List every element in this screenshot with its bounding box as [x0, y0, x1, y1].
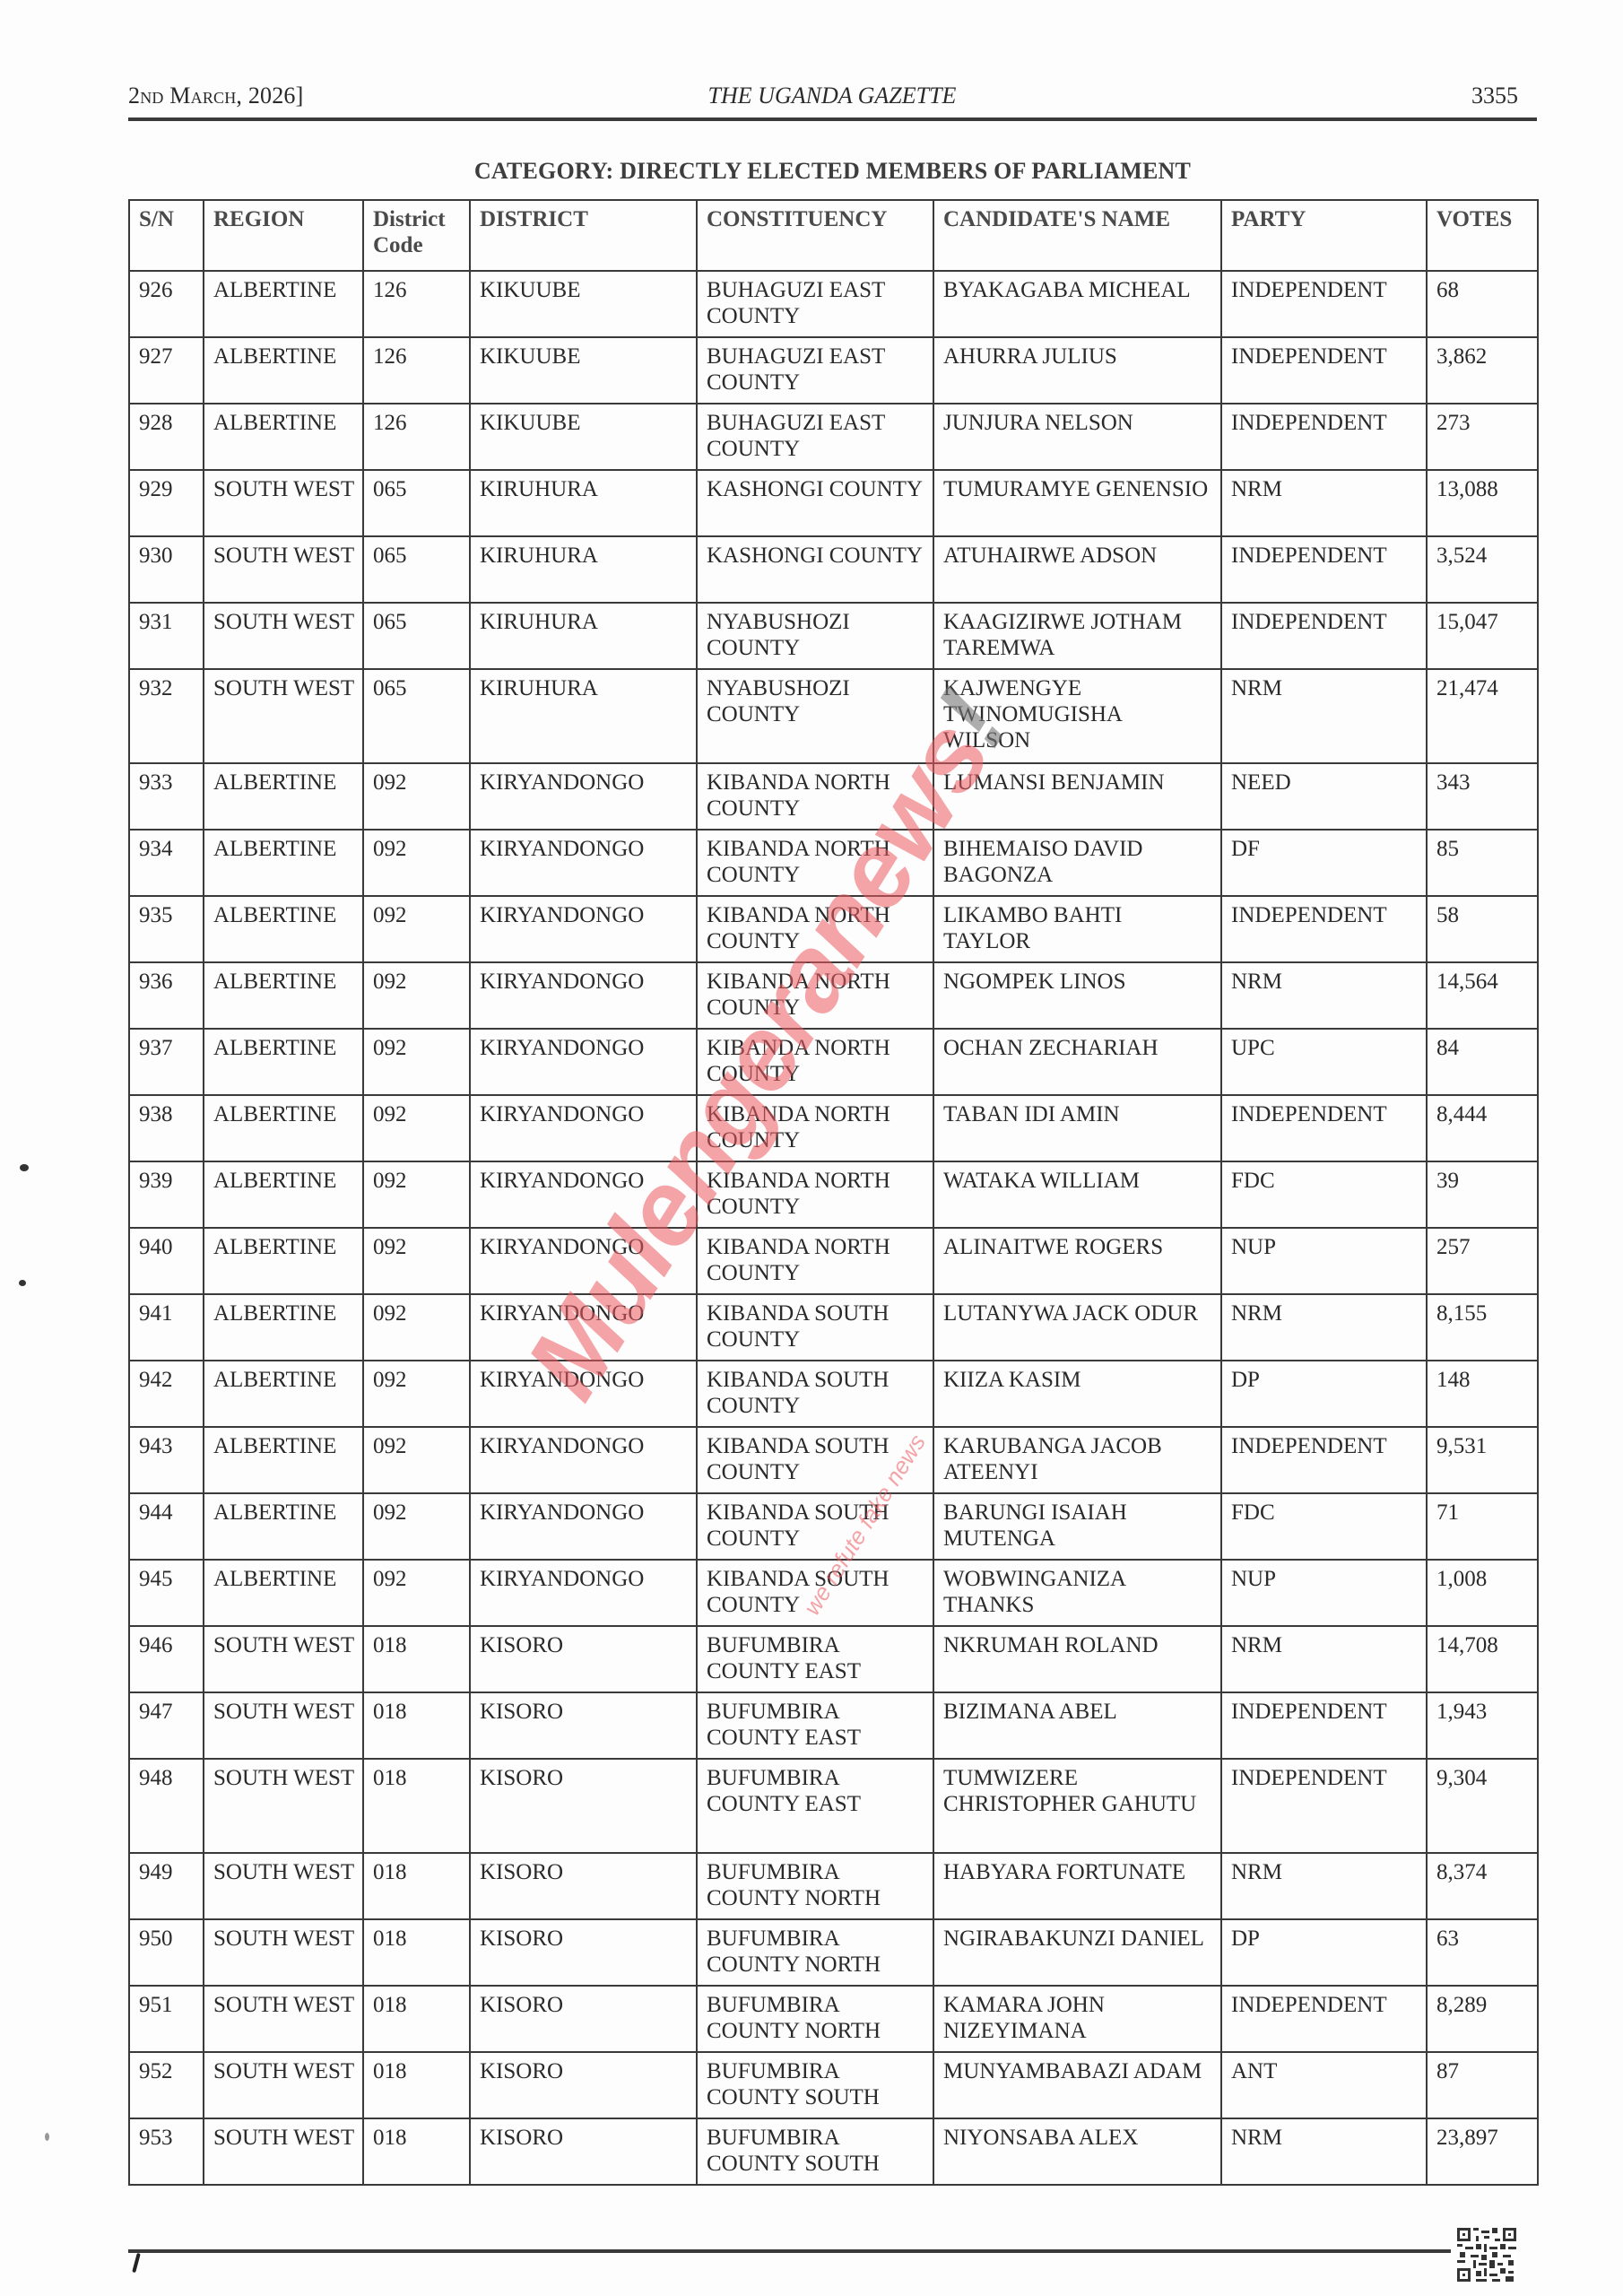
cell-sn: 936	[129, 962, 204, 1029]
cell-sn: 933	[129, 763, 204, 830]
cell-sn: 949	[129, 1853, 204, 1919]
cell-district-code: 092	[363, 1161, 470, 1228]
cell-candidate-name: LUTANYWA JACK ODUR	[933, 1294, 1221, 1361]
cell-party: NUP	[1221, 1228, 1427, 1294]
cell-constituency: BUHAGUZI EAST COUNTY	[697, 337, 933, 404]
cell-sn: 947	[129, 1692, 204, 1759]
cell-district-code: 092	[363, 1493, 470, 1560]
cell-district: KISORO	[470, 1986, 697, 2052]
cell-party: NRM	[1221, 2118, 1427, 2185]
table-row: 945ALBERTINE092KIRYANDONGOKIBANDA SOUTH …	[129, 1560, 1538, 1626]
cell-constituency: BUFUMBIRA COUNTY EAST	[697, 1692, 933, 1759]
cell-region: SOUTH WEST	[204, 1626, 363, 1692]
table-row: 953SOUTH WEST018KISOROBUFUMBIRA COUNTY S…	[129, 2118, 1538, 2185]
cell-district-code: 018	[363, 1919, 470, 1986]
cell-sn: 932	[129, 669, 204, 763]
cell-district-code: 018	[363, 1626, 470, 1692]
cell-region: SOUTH WEST	[204, 536, 363, 603]
cell-district-code: 092	[363, 1029, 470, 1095]
cell-votes: 84	[1427, 1029, 1538, 1095]
cell-district-code: 065	[363, 536, 470, 603]
cell-party: UPC	[1221, 1029, 1427, 1095]
header-rule	[128, 117, 1537, 121]
cell-region: ALBERTINE	[204, 896, 363, 962]
table-row: 928ALBERTINE126KIKUUBEBUHAGUZI EAST COUN…	[129, 404, 1538, 470]
cell-sn: 951	[129, 1986, 204, 2052]
cell-candidate-name: LUMANSI BENJAMIN	[933, 763, 1221, 830]
cell-sn: 940	[129, 1228, 204, 1294]
page-header: 2nd March, 2026] THE UGANDA GAZETTE 3355	[128, 83, 1518, 118]
cell-sn: 939	[129, 1161, 204, 1228]
cell-district-code: 126	[363, 271, 470, 337]
table-row: 950SOUTH WEST018KISOROBUFUMBIRA COUNTY N…	[129, 1919, 1538, 1986]
cell-district: KIKUUBE	[470, 271, 697, 337]
cell-votes: 343	[1427, 763, 1538, 830]
cell-votes: 9,304	[1427, 1759, 1538, 1853]
cell-district-code: 018	[363, 2118, 470, 2185]
table-row: 948SOUTH WEST018KISOROBUFUMBIRA COUNTY E…	[129, 1759, 1538, 1853]
cell-candidate-name: ALINAITWE ROGERS	[933, 1228, 1221, 1294]
cell-district: KIRYANDONGO	[470, 1161, 697, 1228]
cell-district: KISORO	[470, 1853, 697, 1919]
cell-party: NEED	[1221, 763, 1427, 830]
cell-district: KIRYANDONGO	[470, 1228, 697, 1294]
cell-sn: 950	[129, 1919, 204, 1986]
table-row: 951SOUTH WEST018KISOROBUFUMBIRA COUNTY N…	[129, 1986, 1538, 2052]
cell-votes: 15,047	[1427, 603, 1538, 669]
category-title: CATEGORY: DIRECTLY ELECTED MEMBERS OF PA…	[128, 158, 1537, 185]
cell-party: DP	[1221, 1919, 1427, 1986]
cell-candidate-name: AHURRA JULIUS	[933, 337, 1221, 404]
cell-party: FDC	[1221, 1493, 1427, 1560]
cell-candidate-name: MUNYAMBABAZI ADAM	[933, 2052, 1221, 2118]
cell-district: KIRYANDONGO	[470, 1095, 697, 1161]
column-header-district-code: District Code	[363, 200, 470, 271]
cell-candidate-name: KAMARA JOHN NIZEYIMANA	[933, 1986, 1221, 2052]
table-row: 949SOUTH WEST018KISOROBUFUMBIRA COUNTY N…	[129, 1853, 1538, 1919]
cell-region: ALBERTINE	[204, 1294, 363, 1361]
cell-votes: 8,289	[1427, 1986, 1538, 2052]
cell-district-code: 018	[363, 1759, 470, 1853]
cell-district: KIKUUBE	[470, 404, 697, 470]
cell-sn: 931	[129, 603, 204, 669]
table-row: 935ALBERTINE092KIRYANDONGOKIBANDA NORTH …	[129, 896, 1538, 962]
cell-party: INDEPENDENT	[1221, 896, 1427, 962]
cell-district-code: 018	[363, 1986, 470, 2052]
table-row: 932SOUTH WEST065KIRUHURANYABUSHOZI COUNT…	[129, 669, 1538, 763]
cell-candidate-name: BYAKAGABA MICHEAL	[933, 271, 1221, 337]
cell-party: INDEPENDENT	[1221, 1986, 1427, 2052]
cell-sn: 945	[129, 1560, 204, 1626]
cell-votes: 23,897	[1427, 2118, 1538, 2185]
cell-constituency: BUHAGUZI EAST COUNTY	[697, 404, 933, 470]
cell-region: ALBERTINE	[204, 271, 363, 337]
cell-party: ANT	[1221, 2052, 1427, 2118]
cell-constituency: BUFUMBIRA COUNTY NORTH	[697, 1853, 933, 1919]
cell-sn: 937	[129, 1029, 204, 1095]
cell-region: ALBERTINE	[204, 1095, 363, 1161]
cell-constituency: KIBANDA SOUTH COUNTY	[697, 1427, 933, 1493]
cell-constituency: KIBANDA SOUTH COUNTY	[697, 1560, 933, 1626]
table-row: 939ALBERTINE092KIRYANDONGOKIBANDA NORTH …	[129, 1161, 1538, 1228]
table-row: 927ALBERTINE126KIKUUBEBUHAGUZI EAST COUN…	[129, 337, 1538, 404]
cell-votes: 14,708	[1427, 1626, 1538, 1692]
cell-votes: 8,155	[1427, 1294, 1538, 1361]
cell-constituency: BUFUMBIRA COUNTY SOUTH	[697, 2052, 933, 2118]
table-row: 941ALBERTINE092KIRYANDONGOKIBANDA SOUTH …	[129, 1294, 1538, 1361]
cell-district: KIRUHURA	[470, 536, 697, 603]
qr-code-icon	[1457, 2228, 1516, 2282]
cell-district-code: 092	[363, 1560, 470, 1626]
column-header-party: PARTY	[1221, 200, 1427, 271]
cell-constituency: KIBANDA SOUTH COUNTY	[697, 1294, 933, 1361]
cell-sn: 941	[129, 1294, 204, 1361]
cell-candidate-name: ATUHAIRWE ADSON	[933, 536, 1221, 603]
cell-constituency: KIBANDA NORTH COUNTY	[697, 962, 933, 1029]
cell-party: INDEPENDENT	[1221, 404, 1427, 470]
cell-region: ALBERTINE	[204, 337, 363, 404]
cell-candidate-name: KIIZA KASIM	[933, 1361, 1221, 1427]
table-row: 931SOUTH WEST065KIRUHURANYABUSHOZI COUNT…	[129, 603, 1538, 669]
column-header-candidate-name: CANDIDATE'S NAME	[933, 200, 1221, 271]
cell-candidate-name: NIYONSABA ALEX	[933, 2118, 1221, 2185]
cell-district: KIRYANDONGO	[470, 962, 697, 1029]
cell-sn: 926	[129, 271, 204, 337]
table-row: 943ALBERTINE092KIRYANDONGOKIBANDA SOUTH …	[129, 1427, 1538, 1493]
cell-party: INDEPENDENT	[1221, 1427, 1427, 1493]
scan-speck	[19, 1280, 26, 1286]
publication-title: THE UGANDA GAZETTE	[128, 83, 1518, 109]
cell-candidate-name: KAJWENGYE TWINOMUGISHA WILSON	[933, 669, 1221, 763]
cell-sn: 934	[129, 830, 204, 896]
results-table: S/N REGION District Code DISTRICT CONSTI…	[128, 199, 1539, 2186]
cell-district-code: 092	[363, 1427, 470, 1493]
cell-district-code: 065	[363, 603, 470, 669]
table-row: 940ALBERTINE092KIRYANDONGOKIBANDA NORTH …	[129, 1228, 1538, 1294]
cell-party: FDC	[1221, 1161, 1427, 1228]
cell-sn: 930	[129, 536, 204, 603]
cell-region: SOUTH WEST	[204, 470, 363, 536]
cell-constituency: KIBANDA NORTH COUNTY	[697, 830, 933, 896]
cell-party: NRM	[1221, 1853, 1427, 1919]
cell-region: ALBERTINE	[204, 830, 363, 896]
cell-district-code: 018	[363, 1692, 470, 1759]
table-row: 942ALBERTINE092KIRYANDONGOKIBANDA SOUTH …	[129, 1361, 1538, 1427]
cell-district: KIRYANDONGO	[470, 1294, 697, 1361]
cell-region: SOUTH WEST	[204, 2052, 363, 2118]
cell-constituency: KIBANDA SOUTH COUNTY	[697, 1361, 933, 1427]
cell-candidate-name: WATAKA WILLIAM	[933, 1161, 1221, 1228]
table-row: 929SOUTH WEST065KIRUHURAKASHONGI COUNTYT…	[129, 470, 1538, 536]
cell-candidate-name: OCHAN ZECHARIAH	[933, 1029, 1221, 1095]
cell-district-code: 018	[363, 2052, 470, 2118]
cell-constituency: BUFUMBIRA COUNTY NORTH	[697, 1919, 933, 1986]
cell-constituency: KIBANDA NORTH COUNTY	[697, 896, 933, 962]
cell-candidate-name: LIKAMBO BAHTI TAYLOR	[933, 896, 1221, 962]
column-header-votes: VOTES	[1427, 200, 1538, 271]
cell-district: KIRYANDONGO	[470, 1560, 697, 1626]
cell-votes: 9,531	[1427, 1427, 1538, 1493]
column-header-sn: S/N	[129, 200, 204, 271]
cell-district-code: 065	[363, 669, 470, 763]
cell-votes: 68	[1427, 271, 1538, 337]
cell-constituency: KIBANDA NORTH COUNTY	[697, 763, 933, 830]
cell-district-code: 092	[363, 830, 470, 896]
cell-region: SOUTH WEST	[204, 2118, 363, 2185]
cell-votes: 257	[1427, 1228, 1538, 1294]
cell-candidate-name: KAAGIZIRWE JOTHAM TAREMWA	[933, 603, 1221, 669]
cell-candidate-name: BIZIMANA ABEL	[933, 1692, 1221, 1759]
cell-district: KISORO	[470, 2118, 697, 2185]
pen-mark	[132, 2253, 141, 2273]
cell-district-code: 092	[363, 763, 470, 830]
cell-votes: 1,943	[1427, 1692, 1538, 1759]
cell-region: SOUTH WEST	[204, 1986, 363, 2052]
table-row: 947SOUTH WEST018KISOROBUFUMBIRA COUNTY E…	[129, 1692, 1538, 1759]
cell-party: NRM	[1221, 962, 1427, 1029]
cell-party: NRM	[1221, 470, 1427, 536]
cell-district: KIRYANDONGO	[470, 896, 697, 962]
cell-region: ALBERTINE	[204, 1029, 363, 1095]
results-body: 926ALBERTINE126KIKUUBEBUHAGUZI EAST COUN…	[129, 271, 1538, 2185]
table-row: 944ALBERTINE092KIRYANDONGOKIBANDA SOUTH …	[129, 1493, 1538, 1560]
cell-region: SOUTH WEST	[204, 1919, 363, 1986]
cell-votes: 58	[1427, 896, 1538, 962]
cell-region: ALBERTINE	[204, 1427, 363, 1493]
cell-district: KISORO	[470, 1626, 697, 1692]
cell-constituency: KASHONGI COUNTY	[697, 470, 933, 536]
cell-votes: 1,008	[1427, 1560, 1538, 1626]
cell-sn: 938	[129, 1095, 204, 1161]
cell-sn: 942	[129, 1361, 204, 1427]
cell-sn: 928	[129, 404, 204, 470]
footer-rule	[128, 2249, 1451, 2253]
cell-votes: 85	[1427, 830, 1538, 896]
cell-district: KISORO	[470, 1919, 697, 1986]
cell-votes: 3,862	[1427, 337, 1538, 404]
cell-region: ALBERTINE	[204, 763, 363, 830]
cell-district: KIRUHURA	[470, 669, 697, 763]
cell-votes: 8,444	[1427, 1095, 1538, 1161]
cell-constituency: KIBANDA NORTH COUNTY	[697, 1161, 933, 1228]
cell-party: INDEPENDENT	[1221, 1759, 1427, 1853]
cell-district-code: 126	[363, 337, 470, 404]
cell-constituency: NYABUSHOZI COUNTY	[697, 603, 933, 669]
cell-constituency: KIBANDA NORTH COUNTY	[697, 1095, 933, 1161]
cell-votes: 273	[1427, 404, 1538, 470]
cell-region: ALBERTINE	[204, 1228, 363, 1294]
scan-speck	[20, 1164, 29, 1171]
cell-candidate-name: NGOMPEK LINOS	[933, 962, 1221, 1029]
cell-district: KIKUUBE	[470, 337, 697, 404]
cell-party: INDEPENDENT	[1221, 271, 1427, 337]
cell-district: KIRYANDONGO	[470, 1427, 697, 1493]
column-header-district: DISTRICT	[470, 200, 697, 271]
cell-candidate-name: KARUBANGA JACOB ATEENYI	[933, 1427, 1221, 1493]
cell-district-code: 092	[363, 1228, 470, 1294]
cell-sn: 929	[129, 470, 204, 536]
column-header-region: REGION	[204, 200, 363, 271]
cell-party: INDEPENDENT	[1221, 337, 1427, 404]
cell-district-code: 126	[363, 404, 470, 470]
cell-constituency: KIBANDA SOUTH COUNTY	[697, 1493, 933, 1560]
table-row: 936ALBERTINE092KIRYANDONGOKIBANDA NORTH …	[129, 962, 1538, 1029]
cell-party: INDEPENDENT	[1221, 1692, 1427, 1759]
cell-district: KISORO	[470, 1692, 697, 1759]
cell-region: SOUTH WEST	[204, 669, 363, 763]
cell-district: KIRYANDONGO	[470, 1493, 697, 1560]
cell-votes: 21,474	[1427, 669, 1538, 763]
cell-votes: 63	[1427, 1919, 1538, 1986]
cell-constituency: KIBANDA NORTH COUNTY	[697, 1029, 933, 1095]
cell-region: ALBERTINE	[204, 1361, 363, 1427]
cell-candidate-name: TUMURAMYE GENENSIO	[933, 470, 1221, 536]
table-row: 926ALBERTINE126KIKUUBEBUHAGUZI EAST COUN…	[129, 271, 1538, 337]
cell-candidate-name: WOBWINGANIZA THANKS	[933, 1560, 1221, 1626]
table-row: 933ALBERTINE092KIRYANDONGOKIBANDA NORTH …	[129, 763, 1538, 830]
cell-district-code: 092	[363, 962, 470, 1029]
cell-sn: 953	[129, 2118, 204, 2185]
cell-district-code: 018	[363, 1853, 470, 1919]
cell-district: KIRYANDONGO	[470, 830, 697, 896]
table-row: 937ALBERTINE092KIRYANDONGOKIBANDA NORTH …	[129, 1029, 1538, 1095]
cell-district-code: 092	[363, 1294, 470, 1361]
cell-constituency: BUFUMBIRA COUNTY NORTH	[697, 1986, 933, 2052]
cell-sn: 952	[129, 2052, 204, 2118]
cell-sn: 943	[129, 1427, 204, 1493]
cell-region: ALBERTINE	[204, 1560, 363, 1626]
cell-sn: 946	[129, 1626, 204, 1692]
cell-party: NRM	[1221, 669, 1427, 763]
cell-candidate-name: NGIRABAKUNZI DANIEL	[933, 1919, 1221, 1986]
cell-constituency: KASHONGI COUNTY	[697, 536, 933, 603]
cell-region: SOUTH WEST	[204, 1692, 363, 1759]
cell-votes: 87	[1427, 2052, 1538, 2118]
cell-constituency: KIBANDA NORTH COUNTY	[697, 1228, 933, 1294]
cell-candidate-name: JUNJURA NELSON	[933, 404, 1221, 470]
cell-candidate-name: NKRUMAH ROLAND	[933, 1626, 1221, 1692]
table-row: 938ALBERTINE092KIRYANDONGOKIBANDA NORTH …	[129, 1095, 1538, 1161]
table-row: 946SOUTH WEST018KISOROBUFUMBIRA COUNTY E…	[129, 1626, 1538, 1692]
cell-constituency: BUFUMBIRA COUNTY EAST	[697, 1759, 933, 1853]
table-row: 934ALBERTINE092KIRYANDONGOKIBANDA NORTH …	[129, 830, 1538, 896]
cell-party: INDEPENDENT	[1221, 603, 1427, 669]
cell-candidate-name: TUMWIZERE CHRISTOPHER GAHUTU	[933, 1759, 1221, 1853]
cell-party: NUP	[1221, 1560, 1427, 1626]
cell-candidate-name: BIHEMAISO DAVID BAGONZA	[933, 830, 1221, 896]
scan-speck	[45, 2133, 49, 2141]
cell-sn: 944	[129, 1493, 204, 1560]
cell-constituency: BUHAGUZI EAST COUNTY	[697, 271, 933, 337]
cell-votes: 148	[1427, 1361, 1538, 1427]
cell-region: ALBERTINE	[204, 1161, 363, 1228]
cell-region: SOUTH WEST	[204, 1853, 363, 1919]
cell-party: NRM	[1221, 1294, 1427, 1361]
cell-region: ALBERTINE	[204, 962, 363, 1029]
cell-votes: 3,524	[1427, 536, 1538, 603]
cell-candidate-name: TABAN IDI AMIN	[933, 1095, 1221, 1161]
cell-district-code: 092	[363, 1361, 470, 1427]
cell-candidate-name: BARUNGI ISAIAH MUTENGA	[933, 1493, 1221, 1560]
cell-party: DP	[1221, 1361, 1427, 1427]
cell-district: KISORO	[470, 1759, 697, 1853]
cell-party: NRM	[1221, 1626, 1427, 1692]
cell-region: ALBERTINE	[204, 404, 363, 470]
cell-party: INDEPENDENT	[1221, 536, 1427, 603]
cell-party: INDEPENDENT	[1221, 1095, 1427, 1161]
cell-district: KIRYANDONGO	[470, 1361, 697, 1427]
cell-district: KISORO	[470, 2052, 697, 2118]
cell-constituency: BUFUMBIRA COUNTY SOUTH	[697, 2118, 933, 2185]
cell-votes: 39	[1427, 1161, 1538, 1228]
cell-region: SOUTH WEST	[204, 603, 363, 669]
cell-district-code: 065	[363, 470, 470, 536]
cell-district: KIRYANDONGO	[470, 1029, 697, 1095]
column-header-constituency: CONSTITUENCY	[697, 200, 933, 271]
cell-district: KIRYANDONGO	[470, 763, 697, 830]
table-row: 930SOUTH WEST065KIRUHURAKASHONGI COUNTYA…	[129, 536, 1538, 603]
cell-party: DF	[1221, 830, 1427, 896]
cell-sn: 927	[129, 337, 204, 404]
cell-votes: 8,374	[1427, 1853, 1538, 1919]
cell-sn: 935	[129, 896, 204, 962]
page-number: 3355	[1471, 83, 1518, 109]
cell-constituency: BUFUMBIRA COUNTY EAST	[697, 1626, 933, 1692]
table-header-row: S/N REGION District Code DISTRICT CONSTI…	[129, 200, 1538, 271]
cell-region: SOUTH WEST	[204, 1759, 363, 1853]
cell-district-code: 092	[363, 896, 470, 962]
cell-district: KIRUHURA	[470, 470, 697, 536]
cell-district: KIRUHURA	[470, 603, 697, 669]
cell-votes: 14,564	[1427, 962, 1538, 1029]
cell-region: ALBERTINE	[204, 1493, 363, 1560]
table-row: 952SOUTH WEST018KISOROBUFUMBIRA COUNTY S…	[129, 2052, 1538, 2118]
cell-votes: 71	[1427, 1493, 1538, 1560]
cell-district-code: 092	[363, 1095, 470, 1161]
cell-sn: 948	[129, 1759, 204, 1853]
cell-constituency: NYABUSHOZI COUNTY	[697, 669, 933, 763]
cell-candidate-name: HABYARA FORTUNATE	[933, 1853, 1221, 1919]
cell-votes: 13,088	[1427, 470, 1538, 536]
